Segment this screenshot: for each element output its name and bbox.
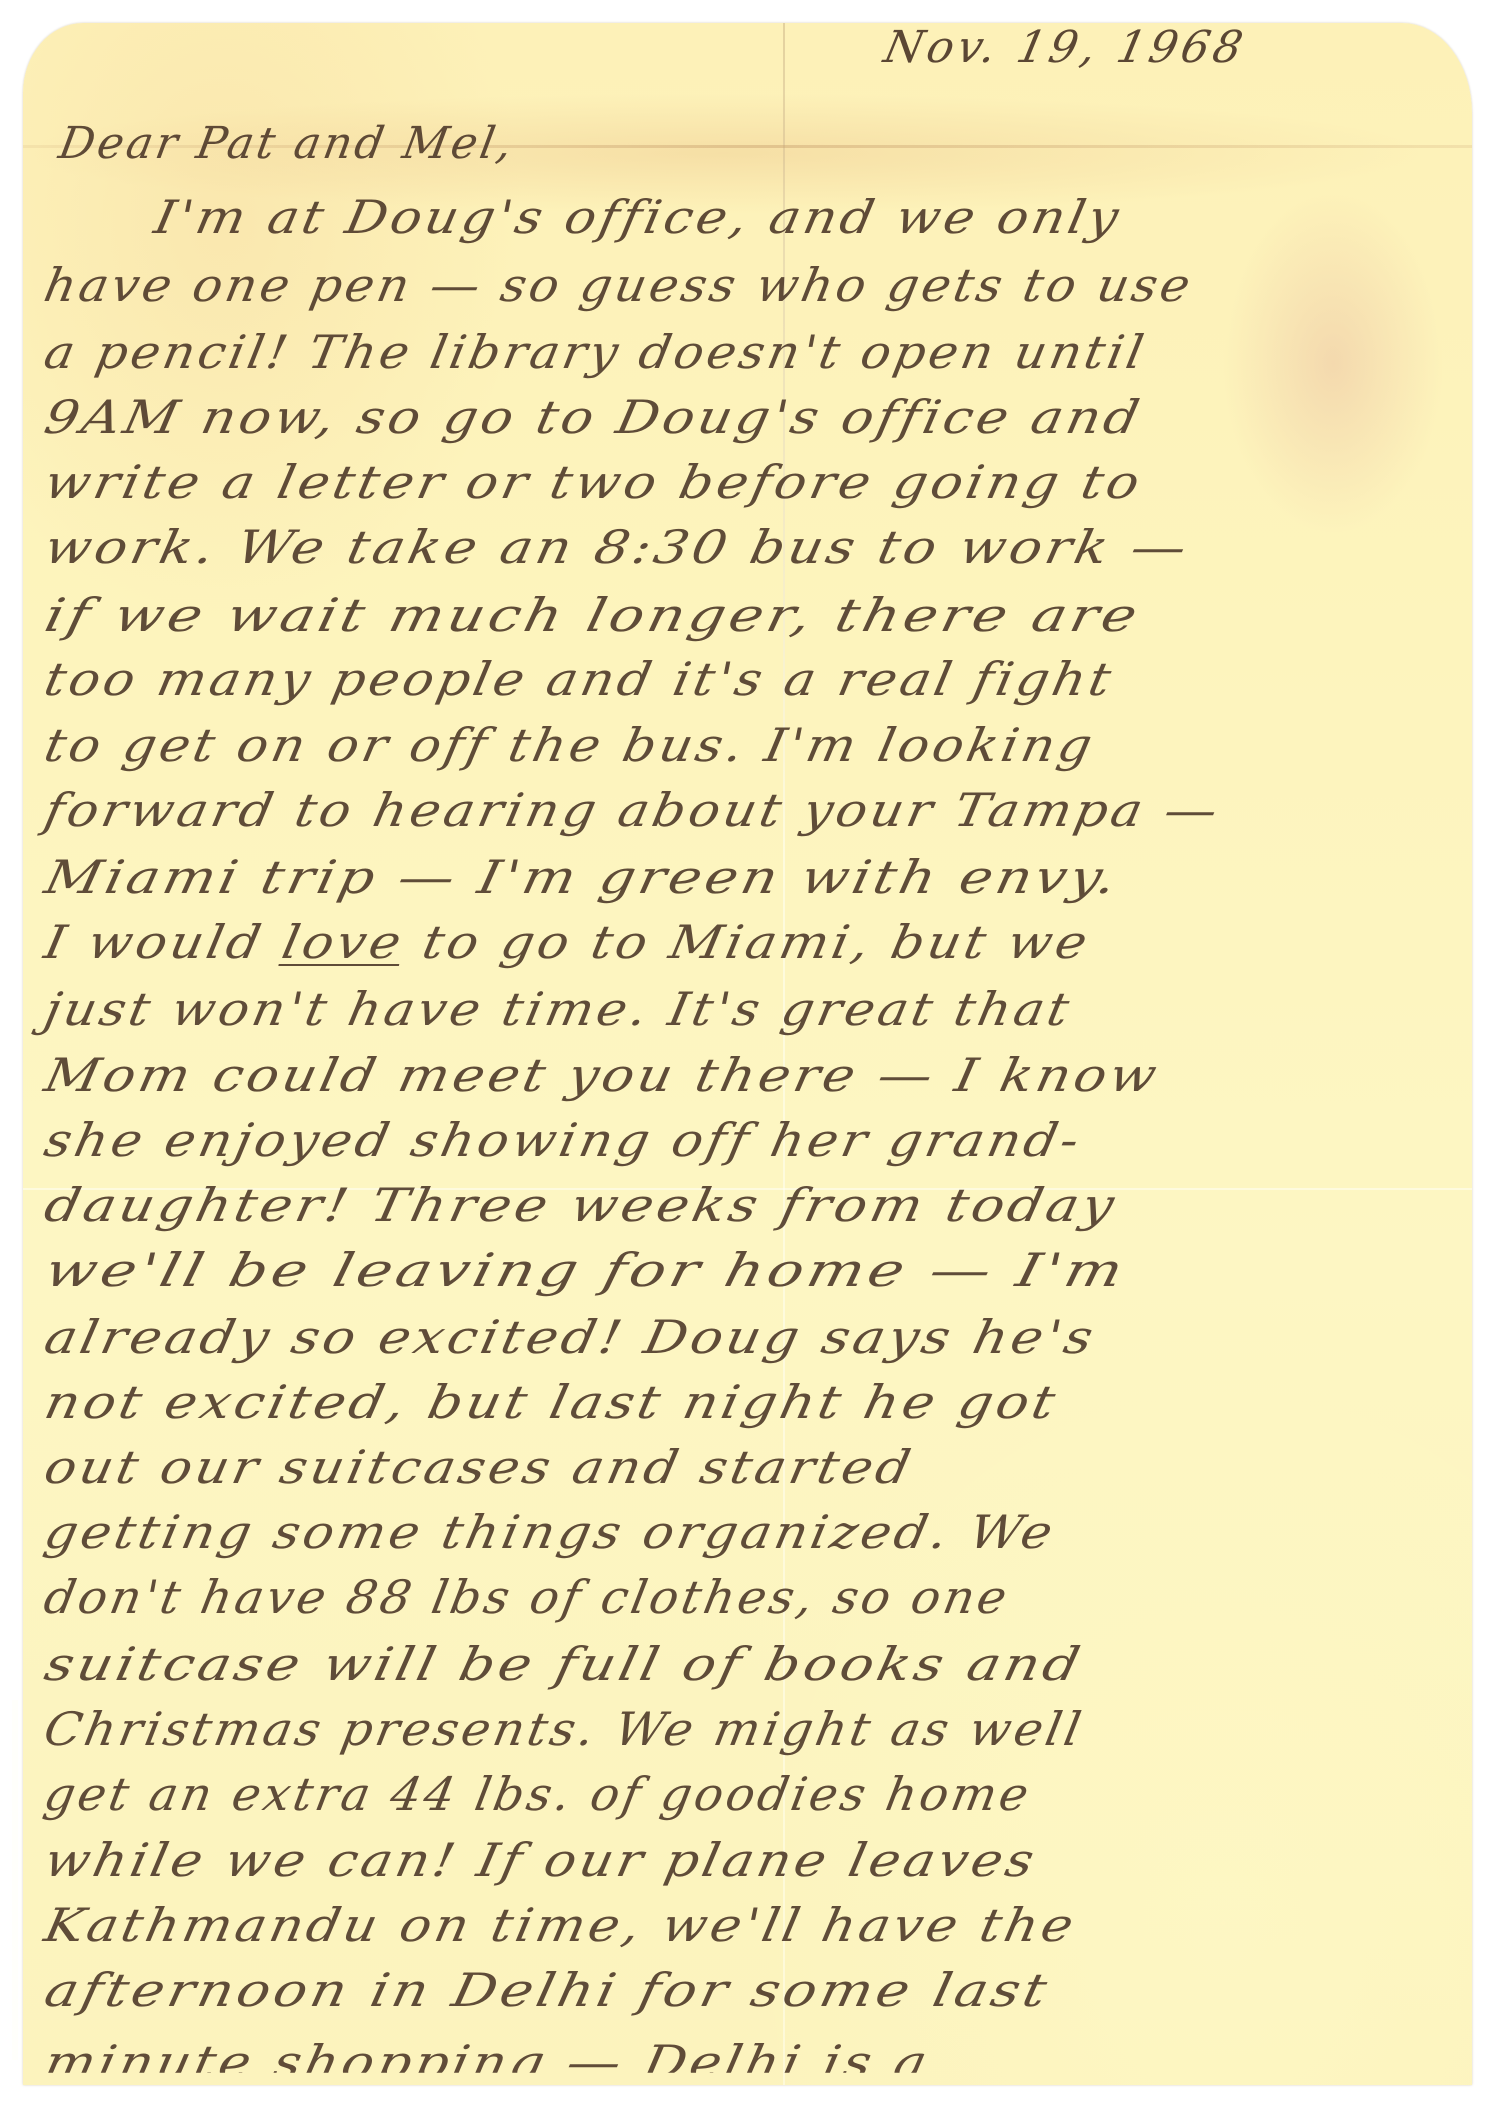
paper-edge-highlight	[12, 1700, 18, 2060]
letter-line-23: suitcase will be full of books and	[40, 1637, 1088, 1691]
letter-line-26: while we can! If our plane leaves	[40, 1833, 1042, 1887]
letter-line-7: if we wait much longer, there are	[40, 588, 1146, 642]
letter-date: Nov. 19, 1968	[880, 22, 1251, 73]
letter-line-10: forward to hearing about your Tampa —	[40, 783, 1225, 837]
letter-line-3: a pencil! The library doesn't open until	[40, 325, 1151, 379]
letter-line-28: afternoon in Delhi for some last	[40, 1963, 1055, 2017]
underlined-word-love: love	[278, 915, 409, 969]
line-12-suffix: to go to Miami, but we	[398, 915, 1095, 969]
letter-line-27: Kathmandu on time, we'll have the	[40, 1898, 1081, 1952]
letter-line-1: I'm at Doug's office, and we only	[150, 190, 1126, 244]
letter-line-20: out our suitcases and started	[40, 1440, 918, 1494]
letter-line-13: just won't have time. It's great that	[40, 982, 1077, 1036]
letter-line-15: she enjoyed showing off her grand-	[40, 1113, 1087, 1167]
letter-line-2: have one pen — so guess who gets to use	[40, 258, 1198, 312]
letter-line-4: 9AM now, so go to Doug's office and	[40, 390, 1147, 444]
letter-line-14: Mom could meet you there — I know	[40, 1048, 1165, 1102]
letter-line-11: Miami trip — I'm green with envy.	[40, 850, 1125, 904]
letter-line-25: get an extra 44 lbs. of goodies home	[40, 1767, 1036, 1821]
letter-line-5: write a letter or two before going to	[40, 455, 1148, 509]
letter-line-19: not excited, but last night he got	[40, 1375, 1063, 1429]
letter-line-16: daughter! Three weeks from today	[40, 1178, 1122, 1232]
letter-line-22: don't have 88 lbs of clothes, so one	[40, 1570, 1014, 1624]
letter-line-12: I would love to go to Miami, but we	[40, 915, 1095, 969]
letter-line-9: to get on or off the bus. I'm looking	[40, 718, 1100, 772]
line-12-prefix: I would	[40, 915, 288, 969]
letter-line-18: already so excited! Doug says he's	[40, 1310, 1101, 1364]
letter-line-21: getting some things organized. We	[40, 1505, 1060, 1559]
letter-line-6: work. We take an 8:30 bus to work —	[40, 520, 1195, 574]
salutation: Dear Pat and Mel,	[55, 118, 519, 169]
letter-line-17: we'll be leaving for home — I'm	[40, 1243, 1132, 1297]
letter-line-24: Christmas presents. We might as well	[40, 1702, 1088, 1756]
letter-line-8: too many people and it's a real fight	[40, 652, 1119, 706]
